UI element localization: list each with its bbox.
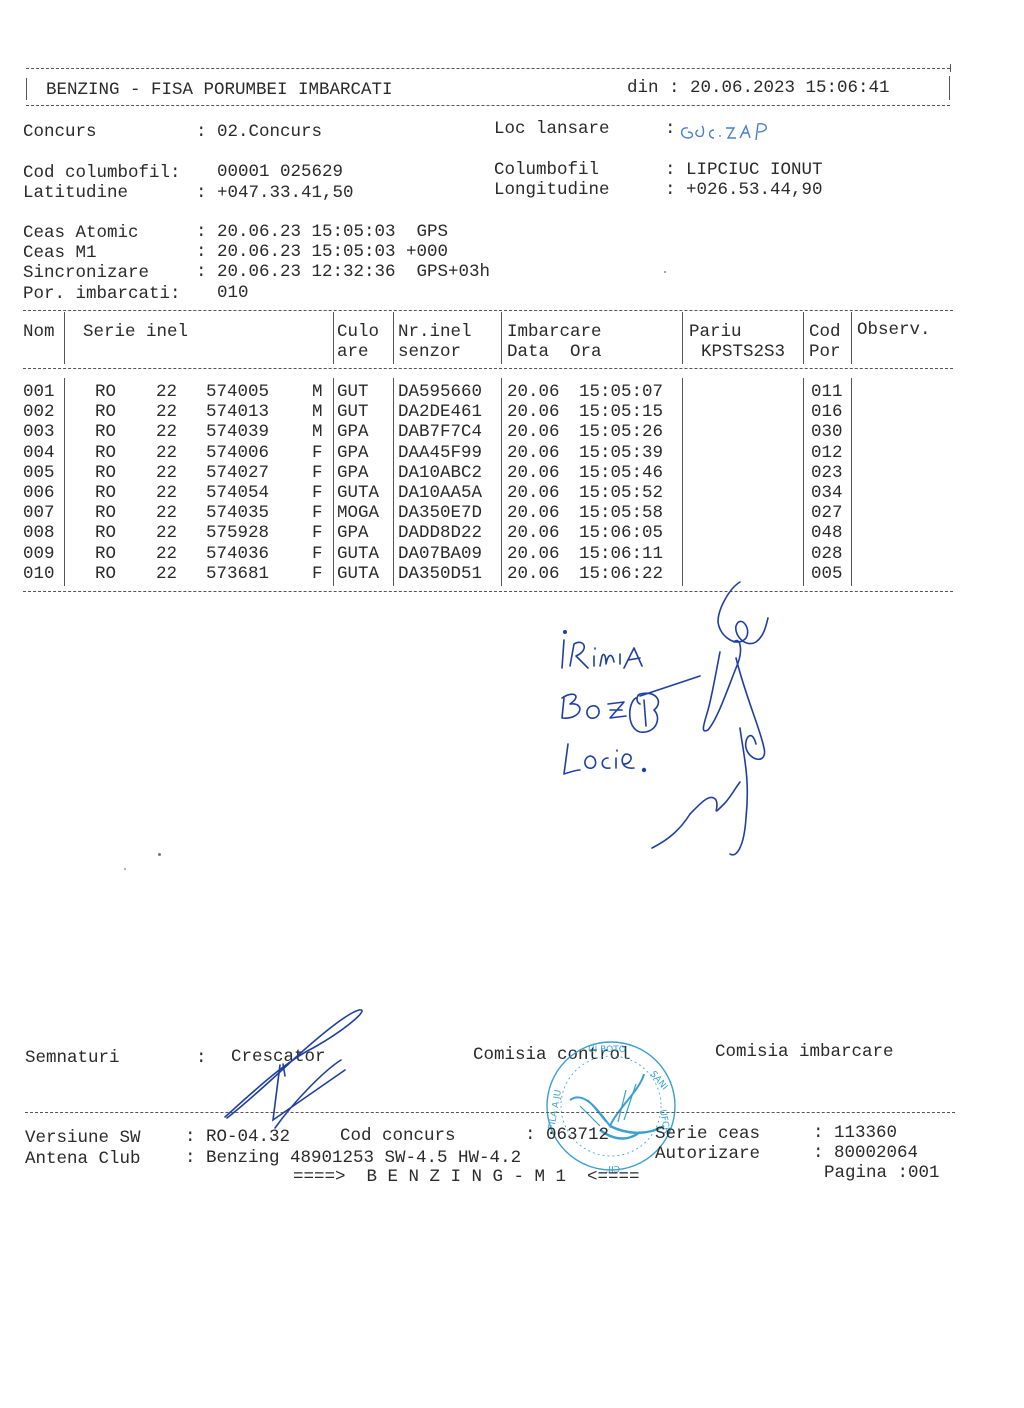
cell-senzor: DA10ABC2 bbox=[398, 463, 482, 483]
cell-culoare: GPA bbox=[337, 422, 369, 442]
serie-ceas-label: Serie ceas bbox=[655, 1124, 760, 1144]
table-top-border bbox=[23, 310, 953, 311]
cell-data: 20.06 bbox=[507, 382, 560, 402]
cell-senzor: DA595660 bbox=[398, 382, 482, 402]
cell-ora: 15:05:58 bbox=[579, 503, 663, 523]
cell-culoare: GPA bbox=[337, 443, 369, 463]
cell-an: 22 bbox=[156, 564, 177, 584]
cell-data: 20.06 bbox=[507, 443, 560, 463]
cell-nr: 574005 bbox=[206, 382, 269, 402]
col-sep bbox=[333, 378, 334, 586]
cell-tara: RO bbox=[95, 523, 116, 543]
loc-lansare-handwritten bbox=[676, 114, 786, 144]
loc-lansare-label: Loc lansare bbox=[494, 119, 610, 139]
cell-data: 20.06 bbox=[507, 564, 560, 584]
cell-senzor: DA07BA09 bbox=[398, 544, 482, 564]
por-imbarcati-value: 010 bbox=[217, 283, 249, 303]
latitudine-label: Latitudine bbox=[23, 183, 128, 203]
cell-tara: RO bbox=[95, 544, 116, 564]
cell-senzor: DAA45F99 bbox=[398, 443, 482, 463]
cell-cod: 027 bbox=[811, 503, 843, 523]
ceas-m1-label: Ceas M1 bbox=[23, 243, 97, 263]
col-sep bbox=[501, 312, 502, 364]
cell-sex: F bbox=[312, 544, 323, 564]
cell-sex: M bbox=[312, 382, 323, 402]
cell-data: 20.06 bbox=[507, 483, 560, 503]
columbofil-label: Columbofil bbox=[494, 160, 599, 180]
cell-an: 22 bbox=[156, 443, 177, 463]
cell-ora: 15:06:22 bbox=[579, 564, 663, 584]
cell-nr: 574036 bbox=[206, 544, 269, 564]
versiune-sw-label: Versiune SW bbox=[25, 1128, 141, 1148]
sincronizare-label: Sincronizare bbox=[23, 263, 149, 283]
cell-nom: 005 bbox=[23, 463, 55, 483]
cell-nr: 573681 bbox=[206, 564, 269, 584]
ceas-atomic-value: : 20.06.23 15:05:03 GPS bbox=[196, 222, 448, 242]
cell-cod: 016 bbox=[811, 402, 843, 422]
cell-nr: 574039 bbox=[206, 422, 269, 442]
cell-an: 22 bbox=[156, 422, 177, 442]
scan-speck bbox=[664, 271, 666, 273]
cell-sex: F bbox=[312, 483, 323, 503]
loc-lansare-colon: : bbox=[665, 119, 676, 139]
header-imbarcare-2: Data Ora bbox=[507, 342, 602, 362]
cell-nom: 006 bbox=[23, 483, 55, 503]
cell-culoare: GUT bbox=[337, 382, 369, 402]
cell-tara: RO bbox=[95, 443, 116, 463]
cell-data: 20.06 bbox=[507, 402, 560, 422]
cod-concurs-label: Cod concurs bbox=[340, 1126, 456, 1146]
cell-nr: 575928 bbox=[206, 523, 269, 543]
print-date: din : 20.06.2023 15:06:41 bbox=[627, 78, 890, 98]
svg-text:UI BOTO: UI BOTO bbox=[588, 1045, 626, 1055]
page-number: Pagina :001 bbox=[824, 1163, 940, 1183]
ceas-m1-value: : 20.06.23 15:05:03 +000 bbox=[196, 242, 448, 262]
antena-club-value: : Benzing 48901253 SW-4.5 HW-4.2 bbox=[185, 1148, 521, 1168]
cell-sex: F bbox=[312, 443, 323, 463]
cell-culoare: GPA bbox=[337, 463, 369, 483]
cell-ora: 15:05:15 bbox=[579, 402, 663, 422]
header-corner bbox=[950, 64, 951, 72]
document-title: BENZING - FISA PORUMBEI IMBARCATI bbox=[46, 80, 393, 100]
cell-nom: 001 bbox=[23, 382, 55, 402]
cell-ora: 15:06:11 bbox=[579, 544, 663, 564]
table-header-separator bbox=[23, 368, 953, 369]
concurs-label: Concurs bbox=[23, 122, 97, 142]
cell-culoare: GUTA bbox=[337, 564, 379, 584]
cell-culoare: GUTA bbox=[337, 544, 379, 564]
ceas-atomic-label: Ceas Atomic bbox=[23, 223, 139, 243]
columbofil-value: : LIPCIUC IONUT bbox=[665, 160, 823, 180]
cell-senzor: DA2DE461 bbox=[398, 402, 482, 422]
cell-ora: 15:05:46 bbox=[579, 463, 663, 483]
col-sep bbox=[851, 312, 852, 364]
header-bottom-border bbox=[26, 105, 950, 106]
col-sep bbox=[333, 312, 334, 364]
signature-comisia-imbarcare-label: Comisia imbarcare bbox=[715, 1042, 894, 1062]
scan-speck bbox=[124, 868, 126, 870]
cell-tara: RO bbox=[95, 463, 116, 483]
cell-tara: RO bbox=[95, 382, 116, 402]
cod-columbofil-value: 00001 025629 bbox=[217, 162, 343, 182]
cell-data: 20.06 bbox=[507, 463, 560, 483]
col-sep bbox=[64, 312, 65, 364]
col-sep bbox=[393, 378, 394, 586]
cell-culoare: GPA bbox=[337, 523, 369, 543]
table-bottom-border bbox=[23, 591, 953, 592]
cell-sex: M bbox=[312, 422, 323, 442]
header-right-border bbox=[949, 76, 950, 100]
cell-sex: M bbox=[312, 402, 323, 422]
cell-an: 22 bbox=[156, 402, 177, 422]
serie-ceas-value: : 113360 bbox=[813, 1123, 897, 1143]
col-sep bbox=[64, 378, 65, 586]
signatures-label: Semnaturi bbox=[25, 1048, 120, 1068]
cod-concurs-value: : 063712 bbox=[525, 1125, 609, 1145]
cell-cod: 034 bbox=[811, 483, 843, 503]
cell-ora: 15:05:07 bbox=[579, 382, 663, 402]
cell-data: 20.06 bbox=[507, 422, 560, 442]
cod-columbofil-label: Cod columbofil: bbox=[23, 163, 181, 183]
cell-nom: 003 bbox=[23, 422, 55, 442]
cell-nr: 574035 bbox=[206, 503, 269, 523]
cell-cod: 005 bbox=[811, 564, 843, 584]
cell-senzor: DADD8D22 bbox=[398, 523, 482, 543]
header-left-border bbox=[26, 78, 27, 100]
header-imbarcare-1: Imbarcare bbox=[507, 322, 602, 342]
header-top-border bbox=[26, 68, 950, 69]
cell-nr: 574027 bbox=[206, 463, 269, 483]
cell-culoare: GUTA bbox=[337, 483, 379, 503]
cell-nom: 002 bbox=[23, 402, 55, 422]
header-culoare-2: are bbox=[337, 342, 369, 362]
benzing-banner: ====> B E N Z I N G - M 1 <==== bbox=[293, 1167, 640, 1187]
cell-senzor: DAB7F7C4 bbox=[398, 422, 482, 442]
antena-club-label: Antena Club bbox=[25, 1149, 141, 1169]
col-sep bbox=[393, 312, 394, 364]
cell-an: 22 bbox=[156, 503, 177, 523]
cell-an: 22 bbox=[156, 483, 177, 503]
header-culoare-1: Culo bbox=[337, 322, 379, 342]
cell-sex: F bbox=[312, 523, 323, 543]
cell-nr: 574013 bbox=[206, 402, 269, 422]
signatures-colon: : bbox=[196, 1048, 207, 1068]
cell-sex: F bbox=[312, 503, 323, 523]
cell-senzor: DA350D51 bbox=[398, 564, 482, 584]
longitudine-label: Longitudine bbox=[494, 180, 610, 200]
cell-data: 20.06 bbox=[507, 523, 560, 543]
col-sep bbox=[803, 378, 804, 586]
header-pariu-2: KPSTS2S3 bbox=[701, 342, 785, 362]
cell-an: 22 bbox=[156, 523, 177, 543]
col-sep bbox=[851, 378, 852, 586]
cell-cod: 023 bbox=[811, 463, 843, 483]
autorizare-value: : 80002064 bbox=[813, 1143, 918, 1163]
cell-nom: 008 bbox=[23, 523, 55, 543]
cell-ora: 15:05:52 bbox=[579, 483, 663, 503]
cell-senzor: DA350E7D bbox=[398, 503, 482, 523]
col-sep bbox=[682, 312, 683, 364]
header-nom: Nom bbox=[23, 322, 55, 342]
versiune-sw-value: : RO-04.32 bbox=[185, 1127, 290, 1147]
cell-cod: 030 bbox=[811, 422, 843, 442]
autorizare-label: Autorizare bbox=[655, 1144, 760, 1164]
cell-tara: RO bbox=[95, 503, 116, 523]
cell-nom: 009 bbox=[23, 544, 55, 564]
col-sep bbox=[803, 312, 804, 364]
cell-data: 20.06 bbox=[507, 503, 560, 523]
cell-culoare: MOGA bbox=[337, 503, 379, 523]
cell-nr: 574054 bbox=[206, 483, 269, 503]
cell-tara: RO bbox=[95, 564, 116, 584]
cell-ora: 15:05:26 bbox=[579, 422, 663, 442]
header-serie-inel: Serie inel bbox=[83, 322, 188, 342]
cell-an: 22 bbox=[156, 382, 177, 402]
header-cod-1: Cod bbox=[809, 322, 841, 342]
sincronizare-value: : 20.06.23 12:32:36 GPS+03h bbox=[196, 262, 490, 282]
cell-nr: 574006 bbox=[206, 443, 269, 463]
signature-crescator-label: Crescator bbox=[231, 1047, 326, 1067]
cell-cod: 012 bbox=[811, 443, 843, 463]
cell-culoare: GUT bbox=[337, 402, 369, 422]
header-cod-2: Por bbox=[809, 342, 841, 362]
cell-tara: RO bbox=[95, 402, 116, 422]
latitudine-value: : +047.33.41,50 bbox=[196, 183, 354, 203]
cell-tara: RO bbox=[95, 422, 116, 442]
longitudine-value: : +026.53.44,90 bbox=[665, 180, 823, 200]
cell-sex: F bbox=[312, 463, 323, 483]
cell-ora: 15:05:39 bbox=[579, 443, 663, 463]
cell-ora: 15:06:05 bbox=[579, 523, 663, 543]
cell-senzor: DA10AA5A bbox=[398, 483, 482, 503]
cell-nom: 007 bbox=[23, 503, 55, 523]
header-pariu-1: Pariu bbox=[689, 322, 742, 342]
por-imbarcati-label: Por. imbarcati: bbox=[23, 284, 181, 304]
handwritten-note-signature bbox=[540, 578, 790, 858]
cell-tara: RO bbox=[95, 483, 116, 503]
cell-data: 20.06 bbox=[507, 544, 560, 564]
cell-nom: 004 bbox=[23, 443, 55, 463]
cell-an: 22 bbox=[156, 544, 177, 564]
header-nr-inel-2: senzor bbox=[398, 342, 461, 362]
header-nr-inel-1: Nr.inel bbox=[398, 322, 472, 342]
cell-nom: 010 bbox=[23, 564, 55, 584]
scan-speck bbox=[158, 853, 161, 856]
footer-separator bbox=[25, 1112, 955, 1113]
cell-cod: 011 bbox=[811, 382, 843, 402]
cell-an: 22 bbox=[156, 463, 177, 483]
col-sep bbox=[682, 378, 683, 586]
col-sep bbox=[501, 378, 502, 586]
cell-cod: 028 bbox=[811, 544, 843, 564]
header-observ: Observ. bbox=[857, 320, 931, 340]
cell-sex: F bbox=[312, 564, 323, 584]
cell-cod: 048 bbox=[811, 523, 843, 543]
concurs-value: : 02.Concurs bbox=[196, 122, 322, 142]
